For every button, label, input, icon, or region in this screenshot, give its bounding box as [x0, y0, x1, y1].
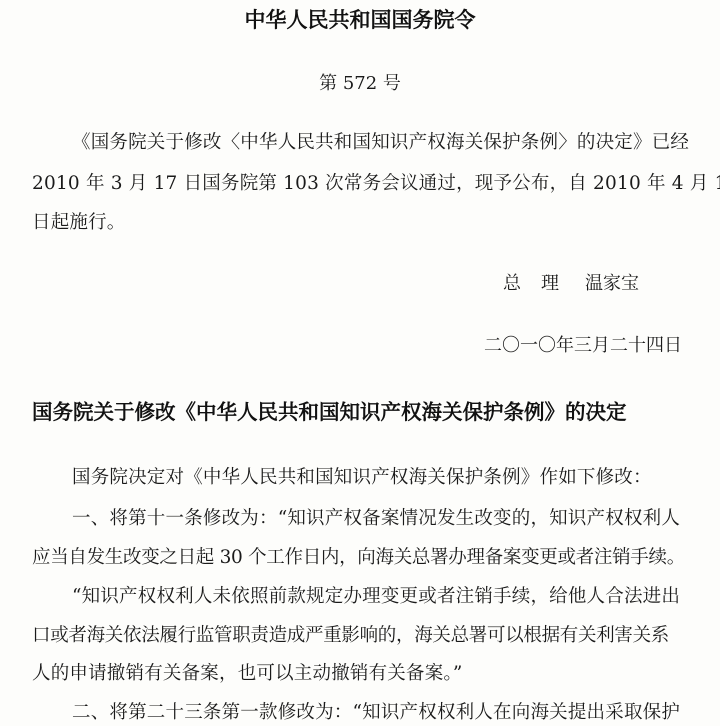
- decision-paragraph-line: “知识产权权利人未依照前款规定办理变更或者注销手续，给他人合法进出: [72, 585, 680, 609]
- decision-paragraph-line: 一、将第十一条修改为：“知识产权备案情况发生改变的，知识产权权利人: [72, 507, 680, 531]
- signature: 总理温家宝: [503, 272, 639, 296]
- preamble-line: 《国务院关于修改〈中华人民共和国知识产权海关保护条例〉的决定》已经: [72, 131, 689, 155]
- decision-paragraph-line: 应当自发生改变之日起 30 个工作日内，向海关总署办理备案变更或者注销手续。: [32, 546, 685, 570]
- order-number: 第 572 号: [0, 72, 720, 96]
- decision-paragraph-line: 国务院决定对《中华人民共和国知识产权海关保护条例》作如下修改：: [72, 466, 652, 490]
- signature-role-char: 理: [541, 273, 559, 294]
- preamble-line: 日起施行。: [32, 211, 126, 235]
- signing-date: 二〇一〇年三月二十四日: [484, 334, 682, 358]
- preamble-line: 2010 年 3 月 17 日国务院第 103 次常务会议通过，现予公布，自 2…: [32, 172, 720, 196]
- signature-role-char: 总: [503, 273, 521, 294]
- decision-paragraph-line: 二、将第二十三条第一款修改为：“知识产权权利人在向海关提出采取保护: [72, 701, 680, 725]
- decision-title: 国务院关于修改《中华人民共和国知识产权海关保护条例》的决定: [32, 398, 712, 426]
- document-page: 中华人民共和国国务院令 第 572 号 《国务院关于修改〈中华人民共和国知识产权…: [0, 0, 720, 726]
- order-title: 中华人民共和国国务院令: [0, 6, 720, 34]
- decision-paragraph-line: 口或者海关依法履行监管职责造成严重影响的，海关总署可以根据有关利害关系: [32, 624, 669, 648]
- signatory-name: 温家宝: [585, 273, 639, 294]
- decision-paragraph-line: 人的申请撤销有关备案，也可以主动撤销有关备案。”: [32, 662, 463, 686]
